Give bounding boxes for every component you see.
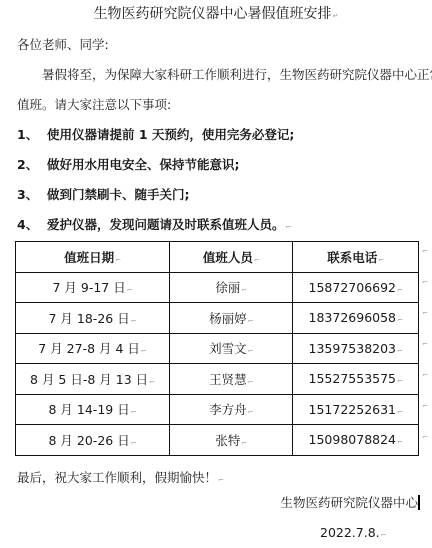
- paragraph-mark-icon: ↵: [333, 12, 339, 20]
- notice-item-3: 3、做到门禁刷卡、随手关门;: [17, 187, 190, 203]
- item-number: 3、: [17, 187, 47, 203]
- cell-phone: 13597538203⌐: [293, 333, 419, 364]
- table-row: 7 月 27-8 月 4 日⌐ 刘雪文⌐ 13597538203⌐: [16, 333, 419, 364]
- table-row: 8 月 14-19 日⌐ 李方舟⌐ 15172252631⌐: [16, 394, 419, 425]
- table-row: 8 月 5 日-8 月 13 日⌐ 王贤慧⌐ 15527553575⌐: [16, 364, 419, 395]
- cell-date: 8 月 20-26 日⌐: [16, 425, 170, 456]
- cell-mark-icon: ⌐: [378, 256, 384, 264]
- row-end-mark-icon: ⌐: [422, 433, 428, 441]
- cell-phone: 18372696058⌐: [293, 303, 419, 334]
- cell-staff: 李方舟⌐: [170, 394, 293, 425]
- text-cursor[interactable]: [418, 495, 420, 510]
- row-end-mark-icon: ⌐: [422, 247, 428, 255]
- cell-phone: 15098078824⌐: [293, 425, 419, 456]
- intro-line-2: 值班。请大家注意以下事项:: [17, 97, 171, 113]
- cell-staff: 徐丽⌐: [170, 272, 293, 303]
- header-phone: 联系电话⌐: [293, 242, 419, 273]
- item-text: 使用仪器请提前 1 天预约，使用完务必登记;: [47, 127, 294, 142]
- row-end-mark-icon: ⌐: [422, 278, 428, 286]
- cell-phone: 15872706692⌐: [293, 272, 419, 303]
- cell-date: 7 月 27-8 月 4 日⌐: [16, 333, 170, 364]
- header-date: 值班日期⌐: [16, 242, 170, 273]
- table-row: 7 月 9-17 日⌐ 徐丽⌐ 15872706692⌐: [16, 272, 419, 303]
- cell-mark-icon: ⌐: [115, 256, 121, 264]
- duty-schedule-table: 值班日期⌐ 值班人员⌐ 联系电话⌐ 7 月 9-17 日⌐ 徐丽⌐ 158727…: [15, 241, 419, 456]
- greeting: 各位老师、同学:: [17, 37, 109, 53]
- notice-item-2: 2、做好用水用电安全、保持节能意识;: [17, 157, 240, 173]
- row-end-mark-icon: ⌐: [422, 340, 428, 348]
- notice-item-4: 4、爱护仪器，发现问题请及时联系值班人员。⌐: [17, 217, 291, 235]
- cell-staff: 王贤慧⌐: [170, 364, 293, 395]
- closing-line: 最后，祝大家工作顺利，假期愉快！⌐: [17, 470, 224, 488]
- item-number: 4、: [17, 217, 47, 233]
- cell-phone: 15527553575⌐: [293, 364, 419, 395]
- document-date: 2022.7.8.⌐: [320, 525, 387, 543]
- item-number: 1、: [17, 127, 47, 143]
- cell-staff: 张特⌐: [170, 425, 293, 456]
- row-end-mark-icon: ⌐: [422, 402, 428, 410]
- cell-mark-icon: ⌐: [218, 476, 224, 484]
- item-text: 做好用水用电安全、保持节能意识;: [47, 157, 240, 172]
- signature: 生物医药研究院仪器中心: [280, 495, 420, 511]
- cell-mark-icon: ⌐: [286, 223, 292, 231]
- cell-staff: 刘雪文⌐: [170, 333, 293, 364]
- row-end-mark-icon: ⌐: [422, 371, 428, 379]
- item-text: 做到门禁刷卡、随手关门;: [47, 187, 190, 202]
- cell-mark-icon: ⌐: [381, 531, 387, 539]
- cell-date: 8 月 5 日-8 月 13 日⌐: [16, 364, 170, 395]
- table-row: 7 月 18-26 日⌐ 杨丽婷⌐ 18372696058⌐: [16, 303, 419, 334]
- notice-item-1: 1、使用仪器请提前 1 天预约，使用完务必登记;: [17, 127, 294, 143]
- table-header-row: 值班日期⌐ 值班人员⌐ 联系电话⌐: [16, 242, 419, 273]
- item-number: 2、: [17, 157, 47, 173]
- cell-phone: 15172252631⌐: [293, 394, 419, 425]
- cell-date: 8 月 14-19 日⌐: [16, 394, 170, 425]
- row-end-mark-icon: ⌐: [422, 309, 428, 317]
- item-text: 爱护仪器，发现问题请及时联系值班人员。: [47, 217, 285, 232]
- cell-date: 7 月 9-17 日⌐: [16, 272, 170, 303]
- header-staff: 值班人员⌐: [170, 242, 293, 273]
- cell-mark-icon: ⌐: [254, 256, 260, 264]
- document-title: 生物医药研究院仪器中心暑假值班安排↵: [0, 5, 432, 25]
- table-row: 8 月 20-26 日⌐ 张特⌐ 15098078824⌐: [16, 425, 419, 456]
- cell-staff: 杨丽婷⌐: [170, 303, 293, 334]
- intro-line-1: 暑假将至，为保障大家科研工作顺利进行，生物医药研究院仪器中心正常: [42, 67, 432, 83]
- cell-date: 7 月 18-26 日⌐: [16, 303, 170, 334]
